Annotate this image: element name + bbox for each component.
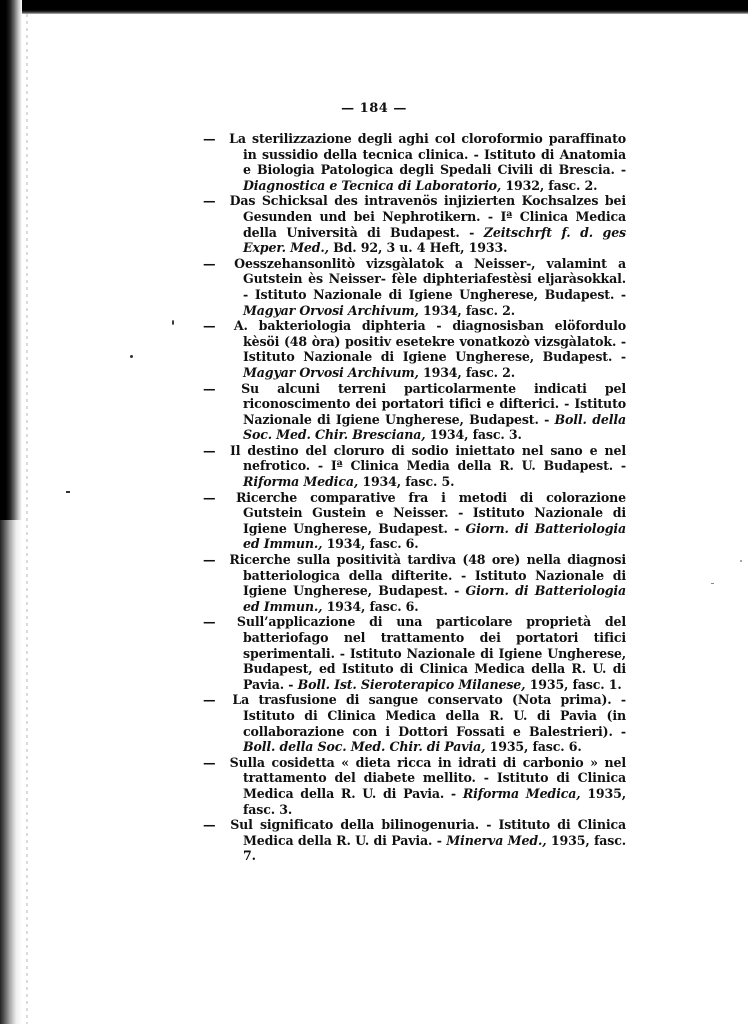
entry-details: 1934, fasc. 6.	[322, 599, 418, 614]
bibliography-entry: — A. bakteriologia diphteria - diagnosis…	[203, 318, 626, 380]
scan-speck	[66, 491, 70, 493]
entry-details: 1934, fasc. 5.	[358, 474, 454, 489]
entry-details: 1934, fasc. 6.	[322, 536, 418, 551]
entry-dash: —	[203, 817, 223, 833]
bibliography-entry: — Sulla cosidetta « dieta ricca in idrat…	[203, 755, 626, 817]
entry-dash: —	[203, 490, 223, 506]
entry-dash: —	[203, 755, 223, 771]
scanned-page: — 184 — — La sterilizzazione degli aghi …	[0, 0, 748, 1024]
bibliography-entry: — Oesszehansonlitò vizsgàlatok a Neisser…	[203, 256, 626, 318]
bibliography-list: — La sterilizzazione degli aghi col clor…	[203, 131, 626, 864]
entry-details: 1935, fasc. 6.	[485, 739, 581, 754]
bibliography-entry: — Ricerche comparative fra i metodi di c…	[203, 490, 626, 552]
entry-dash: —	[203, 193, 223, 209]
scan-binding-line	[26, 14, 28, 1024]
scan-speck	[740, 560, 742, 562]
entry-details: 1932, fasc. 2.	[501, 178, 597, 193]
entry-journal: Boll. della Soc. Med. Chir. di Pavia,	[243, 739, 485, 754]
entry-title: Oesszehansonlitò vizsgàlatok a Neisser-,…	[234, 256, 626, 287]
scan-speck	[711, 583, 714, 584]
entry-details: 1935, fasc. 1.	[525, 677, 621, 692]
page-number: — 184 —	[0, 101, 748, 116]
entry-dash: —	[203, 256, 223, 272]
entry-dash: —	[203, 692, 223, 708]
entry-journal: Magyar Orvosi Archivum,	[243, 303, 419, 318]
entry-journal: Minerva Med.,	[446, 833, 546, 848]
entry-details: 1934, fasc. 2.	[419, 365, 515, 380]
bibliography-entry: — Sul significato della bilinogenuria. -…	[203, 817, 626, 864]
entry-title: La trasfusione di sangue conservato (Not…	[232, 692, 611, 707]
entry-journal: Magyar Orvosi Archivum,	[243, 365, 419, 380]
scan-speck	[172, 320, 174, 325]
entry-dash: —	[203, 381, 223, 397]
entry-dash: —	[203, 318, 223, 334]
entry-institute: - Iª Clinica Media della R. U. Budapest.…	[310, 458, 626, 473]
bibliography-entry: — Il destino del cloruro di sodio iniett…	[203, 443, 626, 490]
scan-speck	[130, 355, 133, 358]
entry-title: A. bakteriologia diphteria - diagnosisba…	[234, 318, 626, 349]
bibliography-entry: — Ricerche sulla positività tardiva (48 …	[203, 552, 626, 614]
entry-journal: Riforma Medica,	[463, 786, 581, 801]
entry-journal: Riforma Medica,	[243, 474, 358, 489]
entry-journal: Diagnostica e Tecnica di Laboratorio,	[243, 178, 501, 193]
entry-details: 1934, fasc. 2.	[419, 303, 515, 318]
scan-top-border	[0, 0, 748, 14]
entry-institute: - Istituto Nazionale di Igiene Ungherese…	[243, 287, 626, 302]
entry-details: Bd. 92, 3 u. 4 Heft, 1933.	[329, 240, 507, 255]
bibliography-entry: — Das Schicksal des intravenös injiziert…	[203, 193, 626, 255]
bibliography-entry: — Sull’applicazione di una particolare p…	[203, 614, 626, 692]
entry-title: Sul significato della bilinogenuria.	[230, 817, 479, 832]
bibliography-entry: — Su alcuni terreni particolarmente indi…	[203, 381, 626, 443]
bibliography-entry: — La trasfusione di sangue conservato (N…	[203, 692, 626, 754]
entry-dash: —	[203, 443, 223, 459]
scan-left-border-fade	[0, 520, 22, 1024]
bibliography-entry: — La sterilizzazione degli aghi col clor…	[203, 131, 626, 193]
entry-dash: —	[203, 614, 223, 630]
entry-dash: —	[203, 131, 223, 147]
entry-journal: Boll. Ist. Sieroterapico Milanese,	[298, 677, 526, 692]
entry-details: 1934, fasc. 3.	[425, 427, 521, 442]
entry-dash: —	[203, 552, 223, 568]
